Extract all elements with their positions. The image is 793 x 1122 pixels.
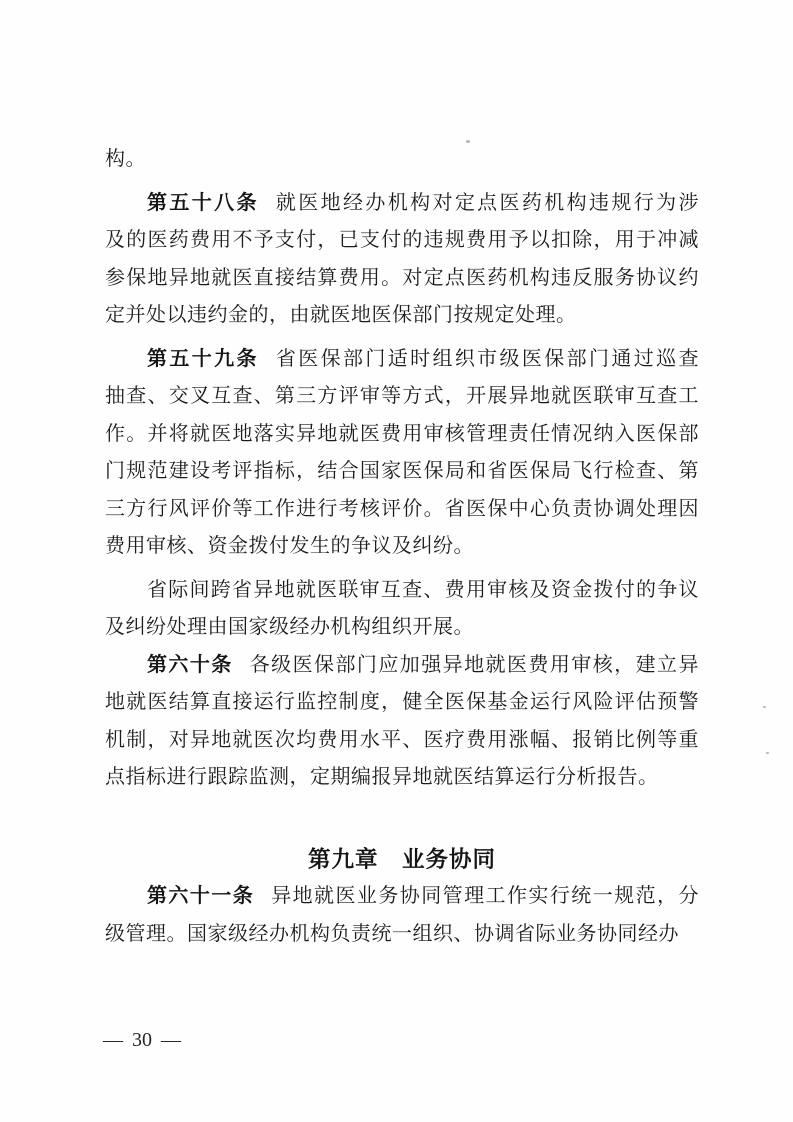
footer-dash-right: — [161, 1027, 181, 1053]
text-line: 点指标进行跟踪监测，定期编报异地就医结算运行分析报告。 [105, 759, 699, 797]
paragraph-article-58: 第五十八条就医地经办机构对定点医药机构违规行为涉 及的医药费用不予支付，已支付的… [105, 185, 699, 335]
document-body: 构。 第五十八条就医地经办机构对定点医药机构违规行为涉 及的医药费用不予支付，已… [105, 141, 699, 953]
text-segment: 各级医保部门应加强异地就医费用审核，建立异 [250, 654, 699, 676]
article-label: 第六十条 [147, 654, 250, 676]
paragraph-continuation: 构。 [105, 141, 699, 179]
paragraph-article-61: 第六十一条异地就医业务协同管理工作实行统一规范，分 级管理。国家级经办机构负责统… [105, 878, 699, 953]
scan-speck [763, 706, 766, 708]
footer-dash-left: — [103, 1027, 123, 1053]
text-line: 及纠纷处理由国家级经办机构组织开展。 [105, 609, 699, 647]
text-segment: 异地就医业务协同管理工作实行统一规范，分 [271, 885, 699, 907]
paragraph-article-59: 第五十九条省医保部门适时组织市级医保部门通过巡查 抽查、交叉互查、第三方评审等方… [105, 341, 699, 566]
paragraph-interprovincial: 省际间跨省异地就医联审互查、费用审核及资金拨付的争议 及纠纷处理由国家级经办机构… [105, 572, 699, 647]
article-label: 第五十九条 [147, 348, 276, 370]
text-line: 门规范建设考评指标，结合国家医保局和省医保局飞行检查、第 [105, 453, 699, 491]
article-label: 第五十八条 [147, 192, 276, 214]
text-line: 第六十条各级医保部门应加强异地就医费用审核，建立异 [105, 647, 699, 685]
paragraph-article-60: 第六十条各级医保部门应加强异地就医费用审核，建立异 地就医结算直接运行监控制度，… [105, 647, 699, 797]
text-segment: 就医地经办机构对定点医药机构违规行为涉 [276, 192, 699, 214]
text-segment: 省医保部门适时组织市级医保部门通过巡查 [276, 348, 699, 370]
text-line: 第五十八条就医地经办机构对定点医药机构违规行为涉 [105, 185, 699, 223]
article-label: 第六十一条 [147, 885, 271, 907]
text-line: 及的医药费用不予支付，已支付的违规费用予以扣除，用于冲减 [105, 222, 699, 260]
text-line: 机制，对异地就医次均费用水平、医疗费用涨幅、报销比例等重 [105, 722, 699, 760]
text-line: 级管理。国家级经办机构负责统一组织、协调省际业务协同经办 [105, 916, 699, 954]
text-line: 抽查、交叉互查、第三方评审等方式，开展异地就医联审互查工 [105, 378, 699, 416]
text-line: 定并处以违约金的，由就医地医保部门按规定处理。 [105, 297, 699, 335]
text-line: 构。 [105, 141, 699, 179]
text-line: 三方行风评价等工作进行考核评价。省医保中心负责协调处理因 [105, 491, 699, 529]
text-line: 省际间跨省异地就医联审互查、费用审核及资金拨付的争议 [105, 572, 699, 610]
text-line: 作。并将就医地落实异地就医费用审核管理责任情况纳入医保部 [105, 416, 699, 454]
text-line: 第六十一条异地就医业务协同管理工作实行统一规范，分 [105, 878, 699, 916]
page-number: 30 [132, 1027, 152, 1053]
scanned-page: 构。 第五十八条就医地经办机构对定点医药机构违规行为涉 及的医药费用不予支付，已… [0, 0, 793, 1122]
page-footer: — 30 — [103, 1027, 181, 1053]
text-line: 参保地异地就医直接结算费用。对定点医药机构违反服务协议约 [105, 260, 699, 298]
chapter-heading: 第九章 业务协同 [105, 841, 699, 879]
text-line: 地就医结算直接运行监控制度，健全医保基金运行风险评估预警 [105, 684, 699, 722]
scan-speck [766, 752, 769, 754]
text-line: 费用审核、资金拨付发生的争议及纠纷。 [105, 528, 699, 566]
text-line: 第五十九条省医保部门适时组织市级医保部门通过巡查 [105, 341, 699, 379]
